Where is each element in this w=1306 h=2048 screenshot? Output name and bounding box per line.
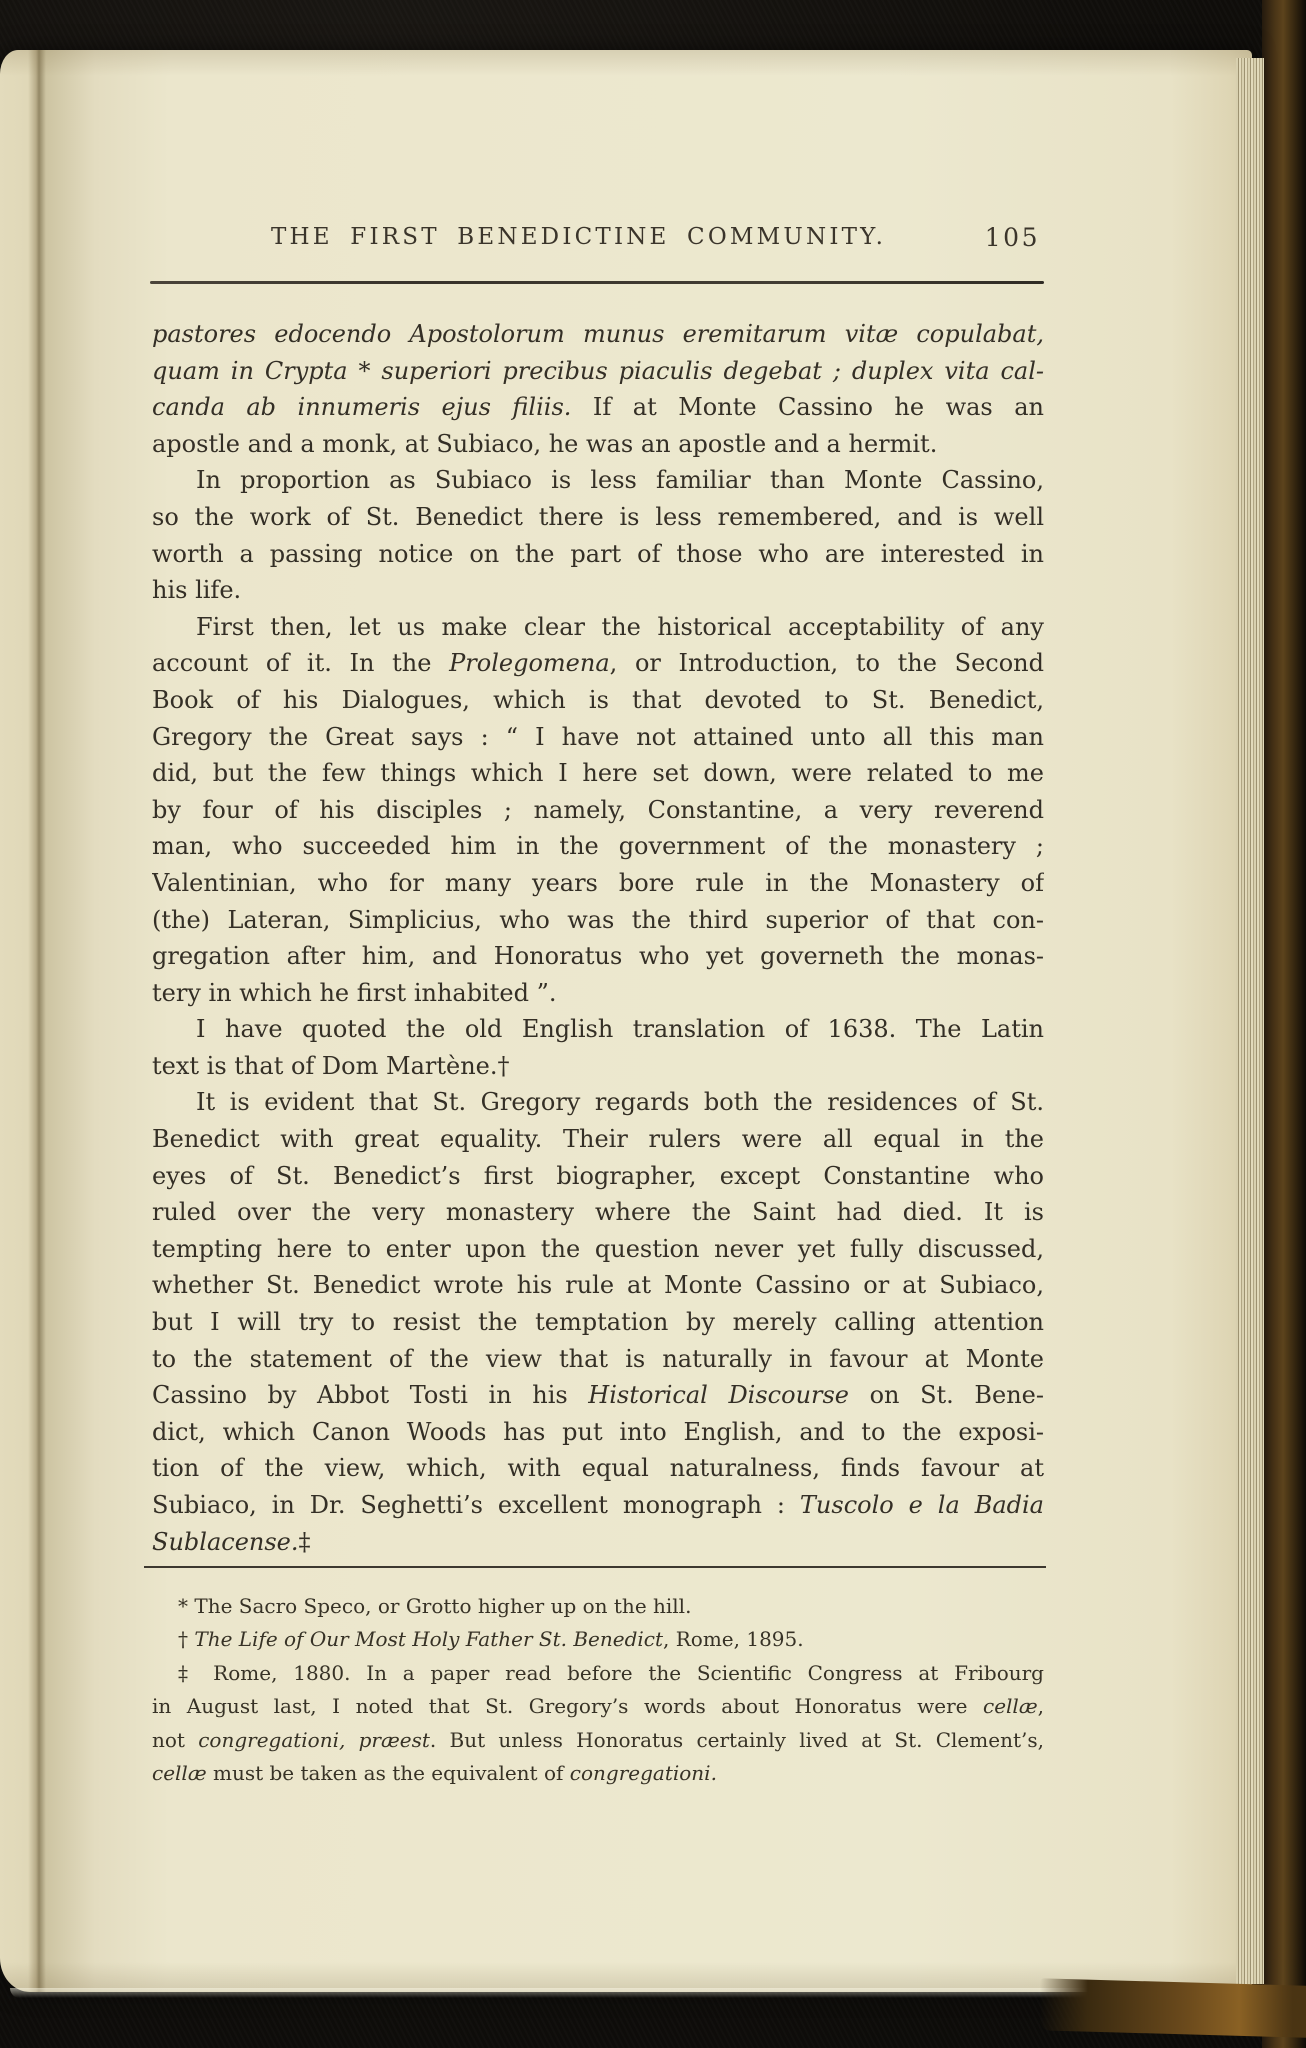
text-run: tempting here to enter upon the question… xyxy=(152,1235,1044,1263)
book-page: THE FIRST BENEDICTINE COMMUNITY. 105 pas… xyxy=(0,50,1252,1992)
paragraph: It is evident that St. Gregory regards b… xyxy=(152,1084,1044,1560)
footnotes-text: * The Sacro Speco, or Grotto higher up o… xyxy=(152,1590,1044,1790)
text-run: Book of his Dialogues, which is that dev… xyxy=(152,686,1044,714)
text-run: , Rome, 1895. xyxy=(663,1627,804,1651)
text-line: cellæ must be taken as the equivalent of… xyxy=(152,1757,1044,1790)
italic-text-run: cellæ xyxy=(983,1694,1038,1718)
text-line: gregation after him, and Honoratus who y… xyxy=(152,938,1044,975)
text-run: dict, which Canon Woods has put into Eng… xyxy=(152,1418,1044,1446)
italic-text-run: congregationi. xyxy=(570,1761,717,1785)
text-run: . But unless Honoratus certainly lived a… xyxy=(430,1728,1044,1752)
text-run: did, but the few things which I here set… xyxy=(152,759,1044,787)
text-line: dict, which Canon Woods has put into Eng… xyxy=(152,1414,1044,1451)
text-line: by four of his disciples ; namely, Const… xyxy=(152,792,1044,829)
text-line: Gregory the Great says : “ I have not at… xyxy=(152,719,1044,756)
text-line: worth a passing notice on the part of th… xyxy=(152,536,1044,573)
text-run: to the statement of the view that is nat… xyxy=(152,1345,1044,1373)
italic-text-run: quam in Crypta * superiori precibus piac… xyxy=(152,357,1044,385)
text-line: Subiaco, in Dr. Seghetti’s excellent mon… xyxy=(152,1487,1044,1524)
page-number: 105 xyxy=(985,223,1040,252)
paragraph: * The Sacro Speco, or Grotto higher up o… xyxy=(152,1590,1044,1623)
text-line: Book of his Dialogues, which is that dev… xyxy=(152,682,1044,719)
text-run: tion of the view, which, with equal natu… xyxy=(152,1454,1044,1482)
paragraph: † The Life of Our Most Holy Father St. B… xyxy=(152,1623,1044,1656)
text-line: Cassino by Abbot Tosti in his Historical… xyxy=(152,1377,1044,1414)
text-run: so the work of St. Benedict there is les… xyxy=(152,503,1044,531)
text-line: to the statement of the view that is nat… xyxy=(152,1341,1044,1378)
text-run: In proportion as Subiaco is less familia… xyxy=(196,466,1044,494)
text-run: Gregory the Great says : “ I have not at… xyxy=(152,723,1044,751)
italic-text-run: congregationi, præest xyxy=(198,1728,430,1752)
italic-text-run: Tuscolo e la Badia xyxy=(800,1491,1044,1519)
text-line: in August last, I noted that St. Gregory… xyxy=(152,1690,1044,1723)
book-scan-photo: THE FIRST BENEDICTINE COMMUNITY. 105 pas… xyxy=(0,0,1306,2048)
italic-text-run: pastores edocendo Apostolorum munus erem… xyxy=(152,320,1044,348)
italic-text-run: Historical Discourse xyxy=(588,1381,849,1409)
text-run: on St. Bene- xyxy=(849,1381,1044,1409)
text-line: but I will try to resist the temptation … xyxy=(152,1304,1044,1341)
text-run: It is evident that St. Gregory regards b… xyxy=(196,1088,1044,1116)
text-run: Subiaco, in Dr. Seghetti’s excellent mon… xyxy=(152,1491,800,1519)
text-line: man, who succeeded him in the government… xyxy=(152,828,1044,865)
paragraph: I have quoted the old English translatio… xyxy=(152,1011,1044,1084)
text-run: * The Sacro Speco, or Grotto higher up o… xyxy=(178,1594,691,1618)
stacked-page-edges xyxy=(1236,58,1264,1984)
text-line: canda ab innumeris ejus filiis. If at Mo… xyxy=(152,389,1044,426)
text-run: apostle and a monk, at Subiaco, he was a… xyxy=(152,430,937,458)
text-line: so the work of St. Benedict there is les… xyxy=(152,499,1044,536)
text-run: in August last, I noted that St. Gregory… xyxy=(152,1694,983,1718)
paragraph: ‡ Rome, 1880. In a paper read before the… xyxy=(152,1657,1044,1791)
text-line: First then, let us make clear the histor… xyxy=(152,609,1044,646)
text-run: whether St. Benedict wrote his rule at M… xyxy=(152,1271,1044,1299)
text-run: eyes of St. Benedict’s first biographer,… xyxy=(152,1162,1044,1190)
footnote-rule xyxy=(144,1566,1046,1568)
text-run: must be taken as the equivalent of xyxy=(207,1761,570,1785)
text-line: tery in which he first inhabited ”. xyxy=(152,975,1044,1012)
text-run: If at Monte Cassino he was an xyxy=(571,393,1044,421)
text-line: tempting here to enter upon the question… xyxy=(152,1231,1044,1268)
text-line: † The Life of Our Most Holy Father St. B… xyxy=(152,1623,1044,1656)
paragraph: First then, let us make clear the histor… xyxy=(152,609,1044,1012)
text-run: † xyxy=(178,1627,194,1651)
text-line: * The Sacro Speco, or Grotto higher up o… xyxy=(152,1590,1044,1623)
text-run: his life. xyxy=(152,576,241,604)
text-line: ‡ Rome, 1880. In a paper read before the… xyxy=(152,1657,1044,1690)
text-line: Valentinian, who for many years bore rul… xyxy=(152,865,1044,902)
text-line: did, but the few things which I here set… xyxy=(152,755,1044,792)
text-run: ruled over the very monastery where the … xyxy=(152,1198,1044,1226)
text-line: In proportion as Subiaco is less familia… xyxy=(152,462,1044,499)
text-run: ‡ xyxy=(299,1528,311,1556)
text-line: his life. xyxy=(152,572,1044,609)
text-run: but I will try to resist the temptation … xyxy=(152,1308,1044,1336)
text-run: text is that of Dom Martène.† xyxy=(152,1052,510,1080)
text-line: quam in Crypta * superiori precibus piac… xyxy=(152,353,1044,390)
italic-text-run: cellæ xyxy=(152,1761,207,1785)
text-line: pastores edocendo Apostolorum munus erem… xyxy=(152,316,1044,353)
text-run: Benedict with great equality. Their rule… xyxy=(152,1125,1044,1153)
text-run: man, who succeeded him in the government… xyxy=(152,832,1044,860)
header-rule xyxy=(150,281,1044,284)
italic-text-run: Sublacense. xyxy=(152,1528,299,1556)
text-line: text is that of Dom Martène.† xyxy=(152,1048,1044,1085)
text-run: by four of his disciples ; namely, Const… xyxy=(152,796,1044,824)
italic-text-run: Prolegomena xyxy=(449,649,610,677)
paragraph: pastores edocendo Apostolorum munus erem… xyxy=(152,316,1044,462)
text-line: not congregationi, præest. But unless Ho… xyxy=(152,1724,1044,1757)
italic-text-run: The Life of Our Most Holy Father St. Ben… xyxy=(194,1627,663,1651)
text-run: (the) Lateran, Simplicius, who was the t… xyxy=(152,906,1044,934)
book-cover-bottom-corner xyxy=(1040,1978,1306,2037)
text-line: eyes of St. Benedict’s first biographer,… xyxy=(152,1158,1044,1195)
text-run: not xyxy=(152,1728,198,1752)
text-run: account of it. In the xyxy=(152,649,449,677)
text-run: Valentinian, who for many years bore rul… xyxy=(152,869,1044,897)
book-cover-right-edge xyxy=(1262,0,1306,2048)
text-run: First then, let us make clear the histor… xyxy=(196,613,1044,641)
text-line: It is evident that St. Gregory regards b… xyxy=(152,1084,1044,1121)
text-run: gregation after him, and Honoratus who y… xyxy=(152,942,1044,970)
paragraph: In proportion as Subiaco is less familia… xyxy=(152,462,1044,608)
text-run: tery in which he first inhabited ”. xyxy=(152,979,557,1007)
text-line: (the) Lateran, Simplicius, who was the t… xyxy=(152,902,1044,939)
text-line: apostle and a monk, at Subiaco, he was a… xyxy=(152,426,1044,463)
page-title: THE FIRST BENEDICTINE COMMUNITY. xyxy=(271,224,886,250)
text-line: ruled over the very monastery where the … xyxy=(152,1194,1044,1231)
body-text: pastores edocendo Apostolorum munus erem… xyxy=(152,316,1044,1560)
text-run: worth a passing notice on the part of th… xyxy=(152,540,1044,568)
text-run: , or Introduction, to the Second xyxy=(610,649,1044,677)
text-run: Cassino by Abbot Tosti in his xyxy=(152,1381,588,1409)
running-head: THE FIRST BENEDICTINE COMMUNITY. 105 xyxy=(152,222,1042,258)
text-run: I have quoted the old English translatio… xyxy=(196,1015,1044,1043)
text-run: ‡ Rome, 1880. In a paper read before the… xyxy=(178,1661,1044,1685)
text-run: , xyxy=(1038,1694,1044,1718)
text-line: whether St. Benedict wrote his rule at M… xyxy=(152,1267,1044,1304)
text-line: I have quoted the old English translatio… xyxy=(152,1011,1044,1048)
italic-text-run: canda ab innumeris ejus filiis. xyxy=(152,393,571,421)
text-line: tion of the view, which, with equal natu… xyxy=(152,1450,1044,1487)
text-line: Sublacense.‡ xyxy=(152,1524,1044,1561)
text-line: account of it. In the Prolegomena, or In… xyxy=(152,645,1044,682)
text-line: Benedict with great equality. Their rule… xyxy=(152,1121,1044,1158)
